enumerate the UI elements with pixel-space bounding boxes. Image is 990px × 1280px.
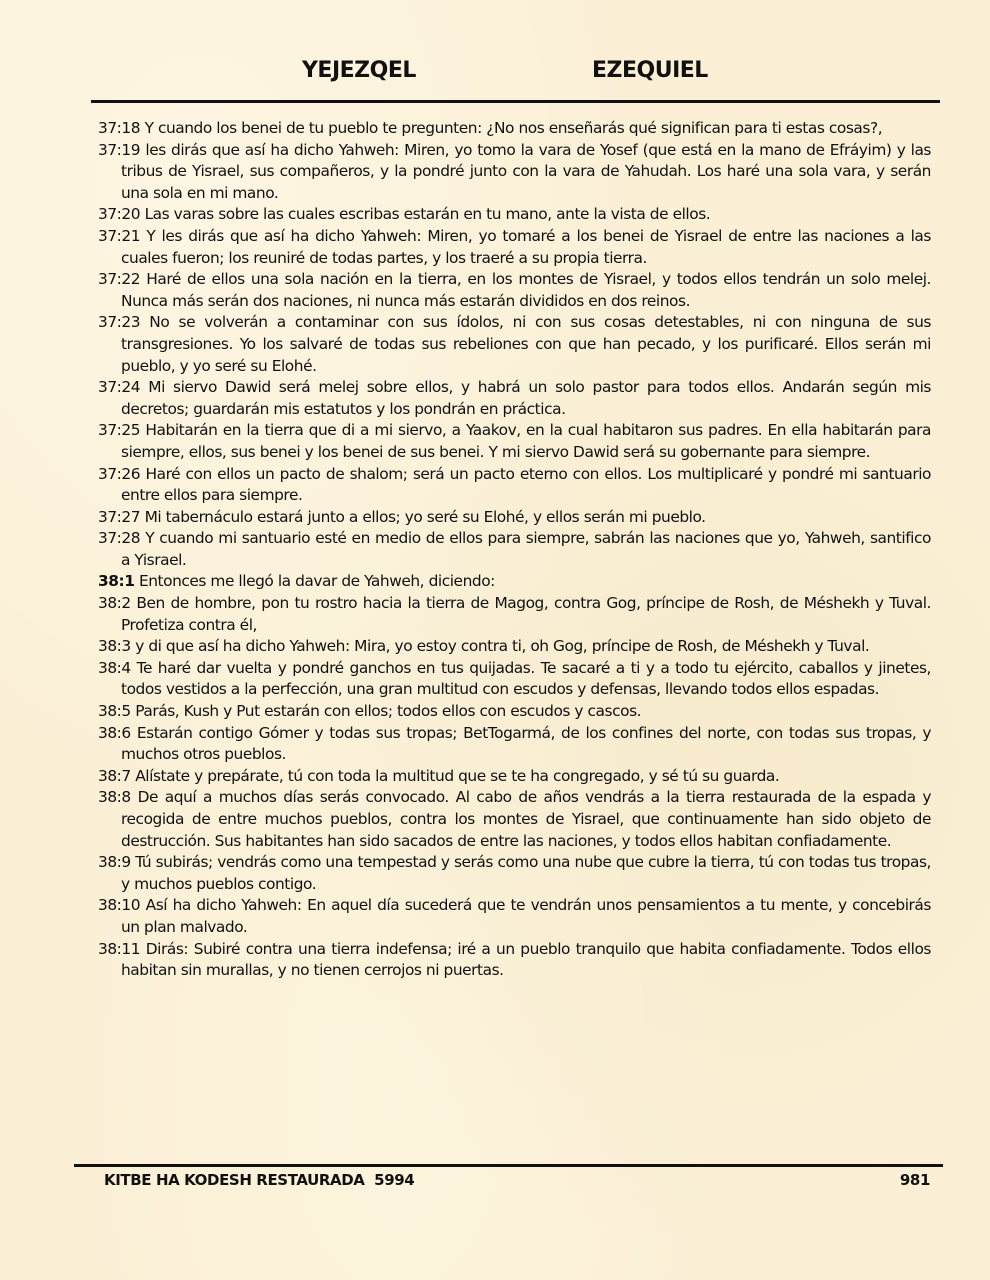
verse-text: Mi tabernáculo estará junto a ellos; yo … bbox=[145, 508, 706, 526]
verse-text: Así ha dicho Yahweh: En aquel día sucede… bbox=[121, 896, 931, 936]
verse-reference: 38:1 bbox=[98, 572, 134, 590]
verse-text: Te haré dar vuelta y pondré ganchos en t… bbox=[121, 659, 931, 699]
verse: 38:9 Tú subirás; vendrás como una tempes… bbox=[98, 852, 931, 895]
verse: 37:18 Y cuando los benei de tu pueblo te… bbox=[98, 118, 931, 140]
verse-text: Entonces me llegó la davar de Yahweh, di… bbox=[139, 572, 495, 590]
verse-reference: 37:23 bbox=[98, 313, 140, 331]
verse-text: Tú subirás; vendrás como una tempestad y… bbox=[121, 853, 931, 893]
verse: 37:25 Habitarán en la tierra que di a mi… bbox=[98, 420, 931, 463]
verse-text: Mi siervo Dawid será melej sobre ellos, … bbox=[121, 378, 931, 418]
verse: 37:28 Y cuando mi santuario esté en medi… bbox=[98, 528, 931, 571]
page-number: 981 bbox=[900, 1171, 930, 1189]
verse: 37:21 Y les dirás que así ha dicho Yahwe… bbox=[98, 226, 931, 269]
verse: 38:1 Entonces me llegó la davar de Yahwe… bbox=[98, 571, 931, 593]
verse-reference: 37:27 bbox=[98, 508, 140, 526]
verse: 38:6 Estarán contigo Gómer y todas sus t… bbox=[98, 723, 931, 766]
page-footer: KITBE HA KODESH RESTAURADA 5994 981 bbox=[104, 1171, 930, 1193]
verse: 37:19 les dirás que así ha dicho Yahweh:… bbox=[98, 140, 931, 205]
verse-text: De aquí a muchos días serás convocado. A… bbox=[121, 788, 931, 849]
verse-reference: 37:26 bbox=[98, 465, 140, 483]
verse-reference: 37:18 bbox=[98, 119, 140, 137]
verse-reference: 37:24 bbox=[98, 378, 140, 396]
verse: 38:2 Ben de hombre, pon tu rostro hacia … bbox=[98, 593, 931, 636]
verse-text: les dirás que así ha dicho Yahweh: Miren… bbox=[121, 141, 931, 202]
verse-reference: 37:19 bbox=[98, 141, 140, 159]
verse: 38:4 Te haré dar vuelta y pondré ganchos… bbox=[98, 658, 931, 701]
verse: 38:3 y di que así ha dicho Yahweh: Mira,… bbox=[98, 636, 931, 658]
verse-reference: 38:5 bbox=[98, 702, 131, 720]
footer-divider bbox=[74, 1164, 943, 1167]
verse: 37:20 Las varas sobre las cuales escriba… bbox=[98, 204, 931, 226]
verse: 37:24 Mi siervo Dawid será melej sobre e… bbox=[98, 377, 931, 420]
verse-reference: 38:11 bbox=[98, 940, 140, 958]
verse-reference: 38:7 bbox=[98, 767, 131, 785]
verse-reference: 37:22 bbox=[98, 270, 140, 288]
verse: 37:23 No se volverán a contaminar con su… bbox=[98, 312, 931, 377]
verse-text: Parás, Kush y Put estarán con ellos; tod… bbox=[135, 702, 641, 720]
verse-reference: 37:28 bbox=[98, 529, 140, 547]
verse-reference: 37:21 bbox=[98, 227, 140, 245]
verse-text: Haré de ellos una sola nación en la tier… bbox=[121, 270, 931, 310]
verse-text: y di que así ha dicho Yahweh: Mira, yo e… bbox=[135, 637, 869, 655]
verse-text: Ben de hombre, pon tu rostro hacia la ti… bbox=[121, 594, 931, 634]
verse: 38:5 Parás, Kush y Put estarán con ellos… bbox=[98, 701, 931, 723]
verse: 38:11 Dirás: Subiré contra una tierra in… bbox=[98, 939, 931, 982]
verse-text: Alístate y prepárate, tú con toda la mul… bbox=[135, 767, 779, 785]
verse-reference: 38:9 bbox=[98, 853, 131, 871]
verse-reference: 38:3 bbox=[98, 637, 131, 655]
verse-text: Y cuando los benei de tu pueblo te pregu… bbox=[145, 119, 883, 137]
verse-reference: 38:4 bbox=[98, 659, 131, 677]
verse-text: Dirás: Subiré contra una tierra indefens… bbox=[121, 940, 931, 980]
verse-reference: 38:8 bbox=[98, 788, 131, 806]
verse-reference: 37:20 bbox=[98, 205, 140, 223]
hebrew-book-title: YEJEZQEL bbox=[302, 58, 416, 83]
verse-text: Las varas sobre las cuales escribas esta… bbox=[145, 205, 711, 223]
verse: 38:7 Alístate y prepárate, tú con toda l… bbox=[98, 766, 931, 788]
verse-reference: 38:2 bbox=[98, 594, 131, 612]
verse-list: 37:18 Y cuando los benei de tu pueblo te… bbox=[98, 118, 931, 982]
verse-reference: 38:10 bbox=[98, 896, 140, 914]
verse: 37:22 Haré de ellos una sola nación en l… bbox=[98, 269, 931, 312]
verse-text: Y les dirás que así ha dicho Yahweh: Mir… bbox=[121, 227, 931, 267]
page-header: YEJEZQEL EZEQUIEL bbox=[0, 58, 990, 90]
verse-text: Haré con ellos un pacto de shalom; será … bbox=[121, 465, 931, 505]
verse-text: Estarán contigo Gómer y todas sus tropas… bbox=[121, 724, 931, 764]
verse-text: Y cuando mi santuario esté en medio de e… bbox=[121, 529, 931, 569]
verse-reference: 37:25 bbox=[98, 421, 140, 439]
verse: 37:26 Haré con ellos un pacto de shalom;… bbox=[98, 464, 931, 507]
verse-reference: 38:6 bbox=[98, 724, 131, 742]
verse: 37:27 Mi tabernáculo estará junto a ello… bbox=[98, 507, 931, 529]
verse-text: Habitarán en la tierra que di a mi sierv… bbox=[121, 421, 931, 461]
spanish-book-title: EZEQUIEL bbox=[592, 58, 708, 83]
verse-text: No se volverán a contaminar con sus ídol… bbox=[121, 313, 931, 374]
verse: 38:8 De aquí a muchos días serás convoca… bbox=[98, 787, 931, 852]
verse: 38:10 Así ha dicho Yahweh: En aquel día … bbox=[98, 895, 931, 938]
footer-book-title: KITBE HA KODESH RESTAURADA 5994 bbox=[104, 1171, 414, 1189]
header-divider bbox=[91, 100, 940, 103]
